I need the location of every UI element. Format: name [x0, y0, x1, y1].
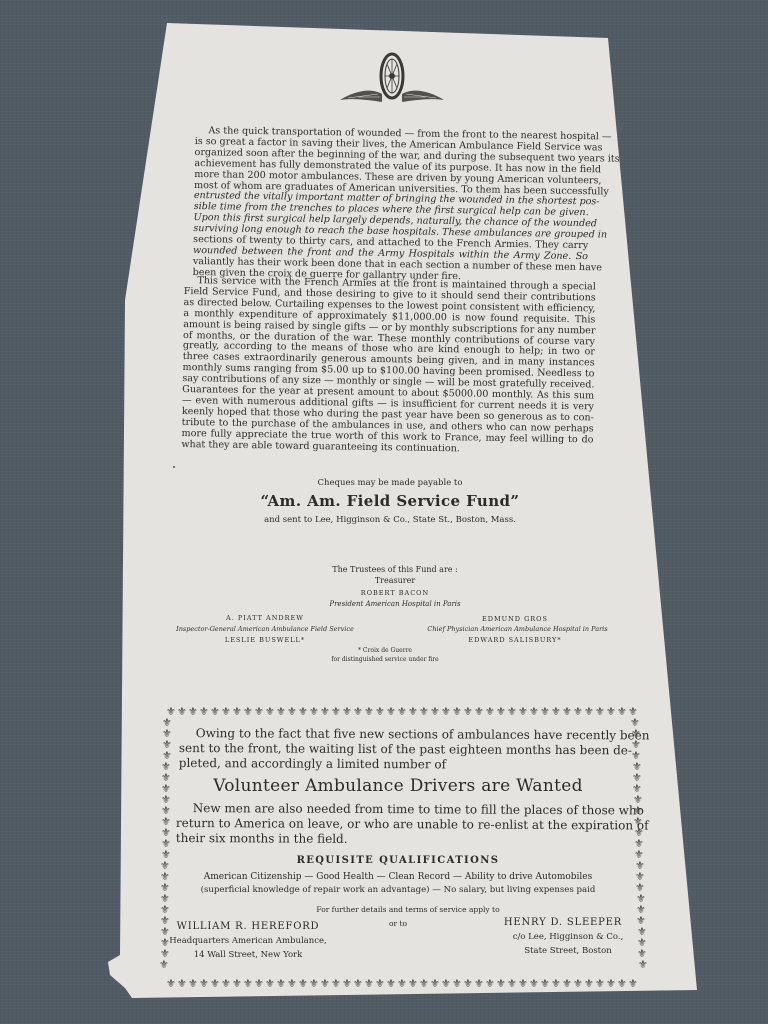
wanted-headline: Volunteer Ambulance Drivers are Wanted [198, 776, 598, 796]
fleur-de-lis-icon: ⚜ [210, 706, 220, 717]
fleur-de-lis-icon: ⚜ [397, 706, 407, 717]
fleur-de-lis-icon: ⚜ [540, 706, 550, 717]
fleur-de-lis-icon: ⚜ [331, 978, 341, 989]
fleur-de-lis-icon: ⚜ [397, 978, 407, 989]
fleur-de-lis-icon: ⚜ [375, 706, 385, 717]
winged-wheel-icon [338, 50, 446, 108]
fleur-de-lis-icon: ⚜ [159, 959, 169, 970]
qualifications-line1: American Citizenship — Good Health — Cle… [178, 872, 618, 882]
apply-line: For further details and terms of service… [258, 905, 558, 914]
fleur-de-lis-icon: ⚜ [243, 978, 253, 989]
fleur-de-lis-icon: ⚜ [320, 978, 330, 989]
fleur-de-lis-icon: ⚜ [419, 706, 429, 717]
qualifications-title: REQUISITE QUALIFICATIONS [248, 855, 548, 866]
fleur-de-lis-icon: ⚜ [309, 978, 319, 989]
qualifications-line2: (superficial knowledge of repair work an… [178, 885, 618, 895]
fleur-de-lis-icon: ⚜ [188, 978, 198, 989]
trustee-name-salisbury: EDWARD SALISBURY* [420, 636, 610, 644]
fleur-de-lis-icon: ⚜ [529, 706, 539, 717]
fleur-de-lis-icon: ⚜ [386, 978, 396, 989]
fleur-de-lis-icon: ⚜ [496, 978, 506, 989]
fleur-de-lis-icon: ⚜ [199, 706, 209, 717]
fleur-de-lis-icon: ⚜ [606, 978, 616, 989]
fleur-de-lis-icon: ⚜ [474, 706, 484, 717]
ink-speck [173, 466, 175, 468]
volunteer-drivers-box: ⚜⚜⚜⚜⚜⚜⚜⚜⚜⚜⚜⚜⚜⚜⚜⚜⚜⚜⚜⚜⚜⚜⚜⚜⚜⚜⚜⚜⚜⚜⚜⚜⚜⚜⚜⚜⚜⚜⚜⚜… [158, 706, 648, 988]
fleur-de-lis-icon: ⚜ [485, 978, 495, 989]
fleur-de-lis-icon: ⚜ [617, 978, 627, 989]
fleur-de-lis-icon: ⚜ [298, 978, 308, 989]
contact-right-line1: c/o Lee, Higginson & Co., [493, 932, 643, 942]
contact-left-line2: 14 Wall Street, New York [158, 950, 338, 960]
fleur-de-lis-icon: ⚜ [463, 706, 473, 717]
fleur-de-lis-icon: ⚜ [342, 978, 352, 989]
fleur-de-lis-icon: ⚜ [386, 706, 396, 717]
fleur-de-lis-icon: ⚜ [474, 978, 484, 989]
fleur-de-lis-icon: ⚜ [254, 978, 264, 989]
fleur-de-lis-icon: ⚜ [254, 706, 264, 717]
trustee-name-andrew: A. PIATT ANDREW [170, 614, 360, 622]
fleur-de-lis-icon: ⚜ [276, 978, 286, 989]
fleur-de-lis-icon: ⚜ [276, 706, 286, 717]
trustee-title-andrew: Inspector-General American Ambulance Fie… [160, 625, 370, 633]
fleur-de-lis-icon: ⚜ [507, 978, 517, 989]
advert-need-paragraph: New men are also needed from time to tim… [176, 801, 621, 848]
fleur-de-lis-icon: ⚜ [287, 706, 297, 717]
fleur-de-lis-icon: ⚜ [573, 706, 583, 717]
fleur-de-lis-icon: ⚜ [518, 706, 528, 717]
fleur-de-lis-icon: ⚜ [485, 706, 495, 717]
fleur-de-lis-icon: ⚜ [638, 959, 648, 970]
fleur-de-lis-icon: ⚜ [221, 706, 231, 717]
fleur-de-lis-icon: ⚜ [441, 706, 451, 717]
treasurer-name: ROBERT BACON [320, 589, 470, 597]
footnote-service: for distinguished service under fire [300, 656, 470, 663]
fleur-de-lis-icon: ⚜ [430, 978, 440, 989]
footnote-croix: * Croix de Guerre [310, 647, 460, 654]
or-to: or to [368, 919, 428, 928]
fleur-de-lis-icon: ⚜ [562, 706, 572, 717]
fleur-de-lis-icon: ⚜ [265, 706, 275, 717]
fleur-de-lis-icon: ⚜ [232, 706, 242, 717]
fleur-de-lis-icon: ⚜ [177, 978, 187, 989]
fleur-de-lis-icon: ⚜ [298, 706, 308, 717]
contact-right-name: HENRY D. SLEEPER [488, 917, 638, 928]
fleur-de-lis-icon: ⚜ [452, 706, 462, 717]
fleur-de-lis-icon: ⚜ [452, 978, 462, 989]
fleur-de-lis-icon: ⚜ [353, 978, 363, 989]
fleur-de-lis-icon: ⚜ [551, 706, 561, 717]
fleur-de-lis-icon: ⚜ [331, 706, 341, 717]
fleur-de-lis-icon: ⚜ [628, 978, 638, 989]
fleur-de-lis-icon: ⚜ [287, 978, 297, 989]
fleur-de-lis-icon: ⚜ [419, 978, 429, 989]
trustee-name-buswell: LESLIE BUSWELL* [170, 636, 360, 644]
intro-paragraph: As the quick transportation of wounded —… [193, 126, 590, 285]
fleur-de-lis-icon: ⚜ [364, 978, 374, 989]
fleur-de-lis-icon: ⚜ [617, 706, 627, 717]
text-line: their six months in the field. [176, 831, 621, 848]
contact-left-line1: Headquarters American Ambulance, [158, 936, 338, 946]
fleur-de-lis-icon: ⚜ [606, 706, 616, 717]
fleur-de-lis-icon: ⚜ [177, 706, 187, 717]
fleur-de-lis-icon: ⚜ [540, 978, 550, 989]
fleur-de-lis-icon: ⚜ [408, 978, 418, 989]
trustees-heading: The Trustees of this Fund are : [295, 565, 495, 574]
fleur-de-lis-icon: ⚜ [342, 706, 352, 717]
fleur-de-lis-icon: ⚜ [595, 978, 605, 989]
fleur-de-lis-icon: ⚜ [551, 978, 561, 989]
fleur-de-lis-icon: ⚜ [364, 706, 374, 717]
fleur-de-lis-icon: ⚜ [507, 706, 517, 717]
fleur-de-lis-icon: ⚜ [309, 706, 319, 717]
fleur-de-lis-icon: ⚜ [320, 706, 330, 717]
fleur-de-lis-icon: ⚜ [496, 706, 506, 717]
fleur-de-lis-icon: ⚜ [573, 978, 583, 989]
fleur-de-lis-icon: ⚜ [210, 978, 220, 989]
trustee-name-gros: EDMUND GROS [420, 615, 610, 623]
fleur-de-lis-icon: ⚜ [265, 978, 275, 989]
cheques-address: and sent to Lee, Higginson & Co., State … [230, 515, 550, 525]
fleur-de-lis-icon: ⚜ [584, 706, 594, 717]
fleur-de-lis-icon: ⚜ [408, 706, 418, 717]
treasurer-title: President American Hospital in Paris [300, 600, 490, 608]
fleur-de-lis-icon: ⚜ [375, 978, 385, 989]
cheques-intro: Cheques may be made payable to [240, 478, 540, 488]
fleur-de-lis-icon: ⚜ [199, 978, 209, 989]
fleur-de-lis-icon: ⚜ [441, 978, 451, 989]
fleur-de-lis-icon: ⚜ [188, 706, 198, 717]
document-content: As the quick transportation of wounded —… [0, 0, 768, 1024]
fleur-de-lis-icon: ⚜ [595, 706, 605, 717]
fleur-de-lis-icon: ⚜ [221, 978, 231, 989]
fleur-de-lis-icon: ⚜ [584, 978, 594, 989]
fund-paragraph: This service with the French Armies at t… [181, 276, 596, 457]
text-line: pleted, and accordingly a limited number… [179, 756, 614, 773]
contact-right-line2: State Street, Boston [493, 946, 643, 956]
treasurer-label: Treasurer [320, 576, 470, 585]
fleur-de-lis-icon: ⚜ [430, 706, 440, 717]
fleur-de-lis-icon: ⚜ [529, 978, 539, 989]
fleur-de-lis-icon: ⚜ [243, 706, 253, 717]
fleur-de-lis-icon: ⚜ [562, 978, 572, 989]
fleur-de-lis-icon: ⚜ [463, 978, 473, 989]
fund-name: “Am. Am. Field Service Fund” [220, 492, 560, 510]
fleur-de-lis-icon: ⚜ [518, 978, 528, 989]
fleur-de-lis-icon: ⚜ [166, 978, 176, 989]
fleur-de-lis-icon: ⚜ [353, 706, 363, 717]
advert-intro-paragraph: Owing to the fact that five new sections… [179, 726, 614, 773]
fleur-de-lis-icon: ⚜ [232, 978, 242, 989]
contact-left-name: WILLIAM R. HEREFORD [163, 921, 333, 932]
trustee-title-gros: Chief Physician American Ambulance Hospi… [410, 625, 625, 633]
